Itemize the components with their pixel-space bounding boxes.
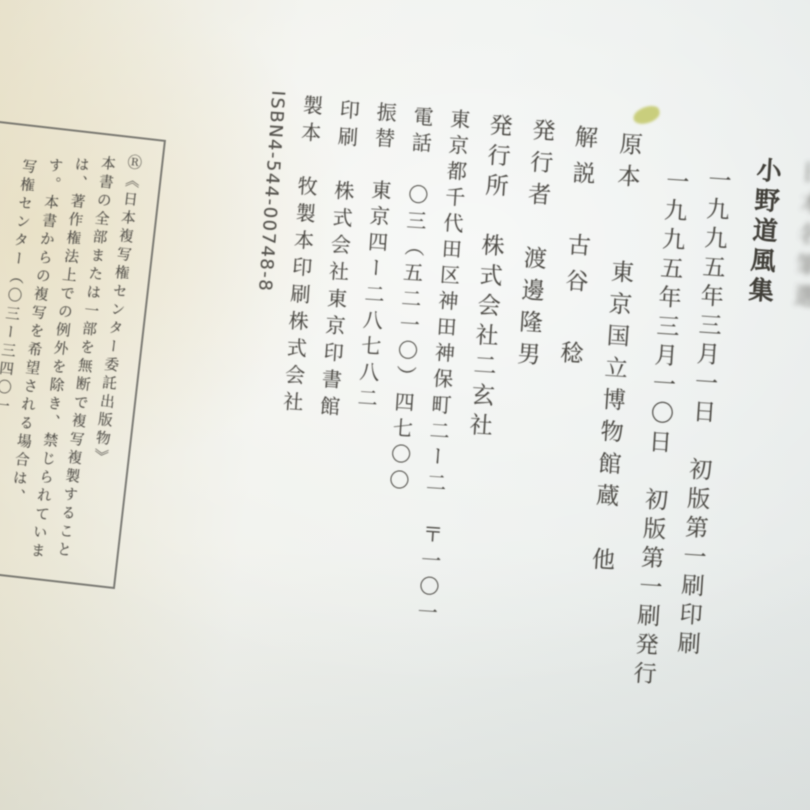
book-colophon-photo: 日本名筆選 小野道風集 一九九五年三月一日 初版第一刷印刷 一九九五年三月一〇日… — [0, 0, 810, 810]
copyright-notice-box: Ⓡ《日本複写権センター委託出版物》 本書の全部または一部を無断で複写複製すること… — [0, 113, 166, 589]
colophon-block: 日本名筆選 小野道風集 一九九五年三月一日 初版第一刷印刷 一九九五年三月一〇日… — [222, 82, 810, 729]
